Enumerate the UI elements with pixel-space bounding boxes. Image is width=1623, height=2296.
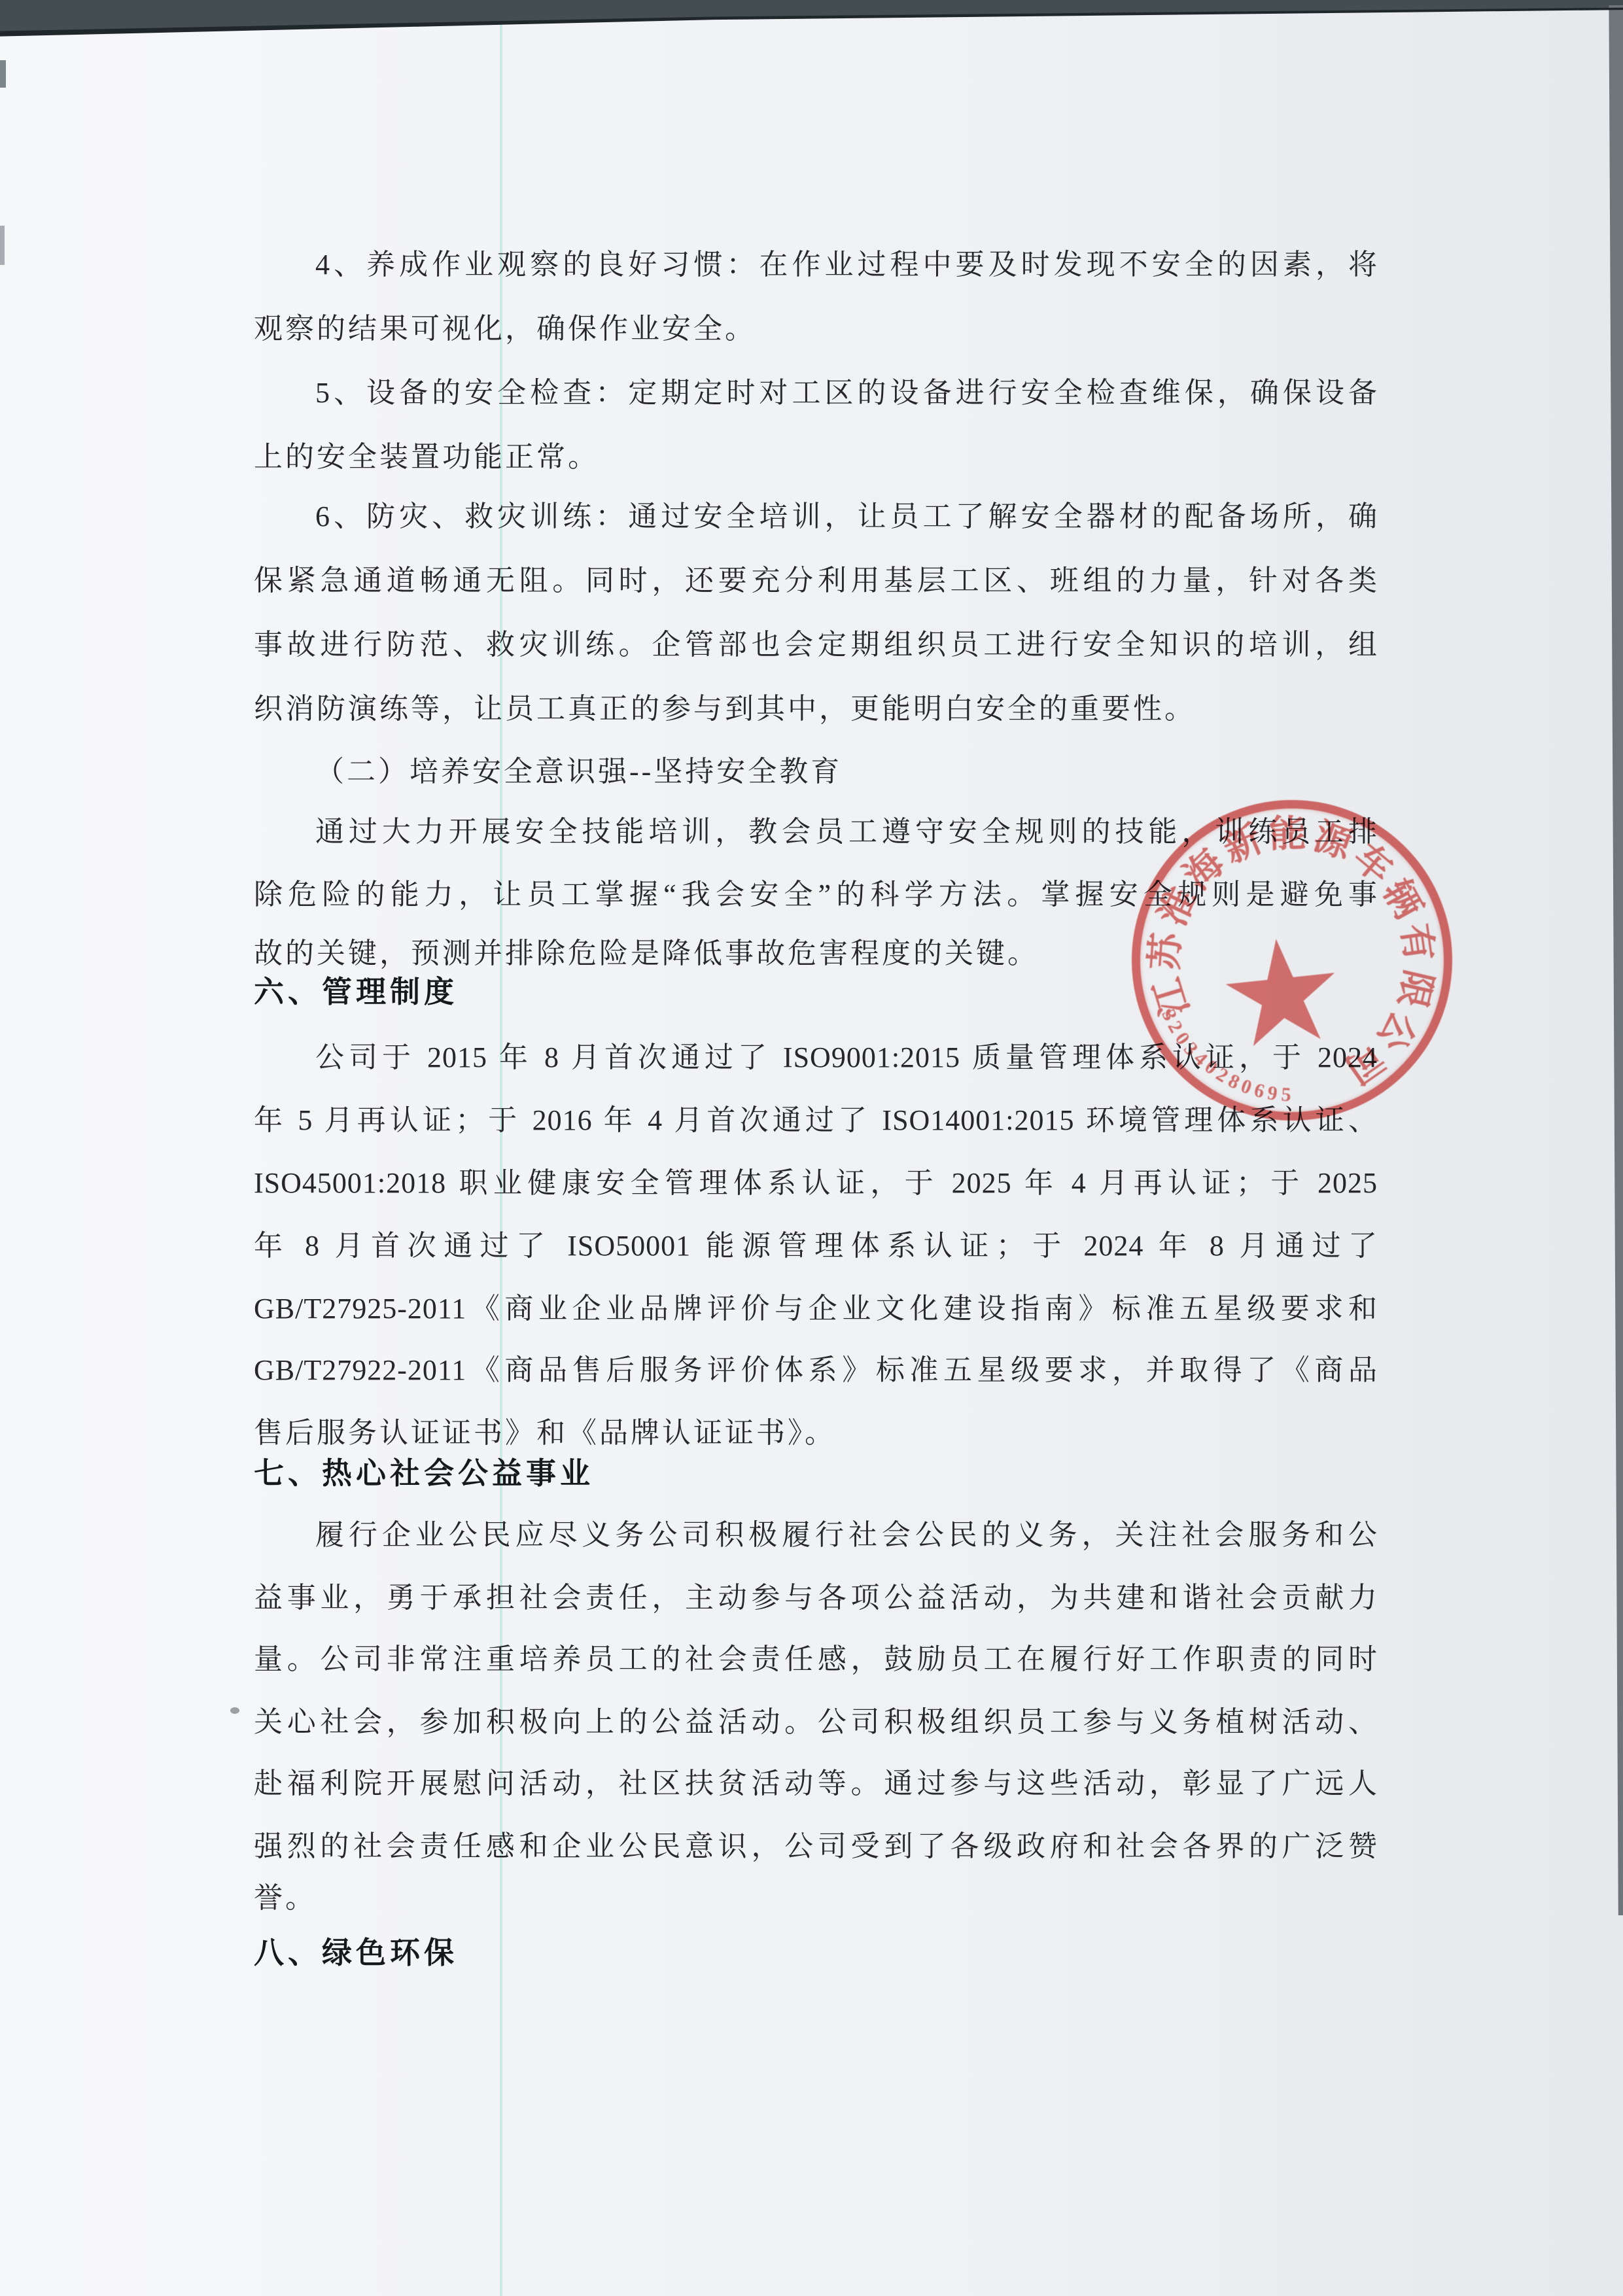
text-line: 观察的结果可视化，确保作业安全。 <box>254 306 1378 352</box>
document-text: 4、养成作业观察的良好习惯：在作业过程中要及时发现不安全的因素，将观察的结果可视… <box>0 0 1623 2296</box>
text-line: ISO45001:2018 职业健康安全管理体系认证，于 2025 年 4 月再… <box>254 1160 1378 1206</box>
text-line: 事故进行防范、救灾训练。企管部也会定期组织员工进行安全知识的培训，组 <box>254 622 1378 668</box>
text-line: 5、设备的安全检查：定期定时对工区的设备进行安全检查维保，确保设备 <box>254 370 1378 416</box>
text-line: 织消防演练等，让员工真正的参与到其中，更能明白安全的重要性。 <box>254 686 1378 732</box>
text-line: 赴福利院开展慰问活动，社区扶贫活动等。通过参与这些活动，彰显了广远人 <box>254 1761 1378 1807</box>
text-line: 誉。 <box>254 1875 1378 1921</box>
text-line: 量。公司非常注重培养员工的社会责任感，鼓励员工在履行好工作职责的同时 <box>254 1637 1378 1682</box>
seal-company-name-char: 能 <box>1268 803 1307 858</box>
scan-speck <box>0 60 6 88</box>
seal-company-name-char: 有 <box>1391 920 1449 965</box>
scanned-document-page: 4、养成作业观察的良好习惯：在作业过程中要及时发现不安全的因素，将观察的结果可视… <box>0 0 1623 2296</box>
text-line: GB/T27922-2011《商品售后服务评价体系》标准五星级要求，并取得了《商… <box>254 1348 1378 1393</box>
text-line: 关心社会，参加积极向上的公益活动。公司积极组织员工参与义务植树活动、 <box>254 1699 1378 1745</box>
text-line: （二）培养安全意识强--坚持安全教育 <box>254 749 1378 795</box>
text-line: 4、养成作业观察的良好习惯：在作业过程中要及时发现不安全的因素，将 <box>254 242 1378 288</box>
text-line: 上的安全装置功能正常。 <box>254 434 1378 480</box>
scan-speck <box>230 1707 239 1714</box>
section-heading: 八、绿色环保 <box>254 1930 1378 1975</box>
seal-company-name-char: 苏 <box>1135 931 1191 972</box>
text-line: 强烈的社会责任感和企业公民意识，公司受到了各级政府和社会各界的广泛赞 <box>254 1824 1378 1870</box>
text-line: 益事业，勇于承担社会责任，主动参与各项公益活动，为共建和谐社会贡献力 <box>254 1575 1378 1621</box>
scan-speck <box>0 226 5 265</box>
company-seal: 江苏淮海新能源车辆有限公司 320340280695 <box>1132 800 1452 1121</box>
text-line: 保紧急通道畅通无阻。同时，还要充分利用基层工区、班组的力量，针对各类 <box>254 558 1378 604</box>
text-line: 履行企业公民应尽义务公司积极履行社会公民的义务，关注社会服务和公 <box>254 1512 1378 1558</box>
text-line: 售后服务认证证书》和《品牌认证证书》。 <box>254 1410 1378 1456</box>
text-line: GB/T27925-2011《商业企业品牌评价与企业文化建设指南》标准五星级要求… <box>254 1286 1378 1332</box>
text-line: 6、防灾、救灾训练：通过安全培训，让员工了解安全器材的配备场所，确 <box>254 494 1378 540</box>
text-line: 年 8 月首次通过了 ISO50001 能源管理体系认证；于 2024 年 8 … <box>254 1223 1378 1269</box>
section-heading: 七、热心社会公益事业 <box>254 1450 1378 1496</box>
seal-code-digit: 5 <box>1281 1083 1291 1106</box>
star-icon <box>1210 922 1353 1060</box>
